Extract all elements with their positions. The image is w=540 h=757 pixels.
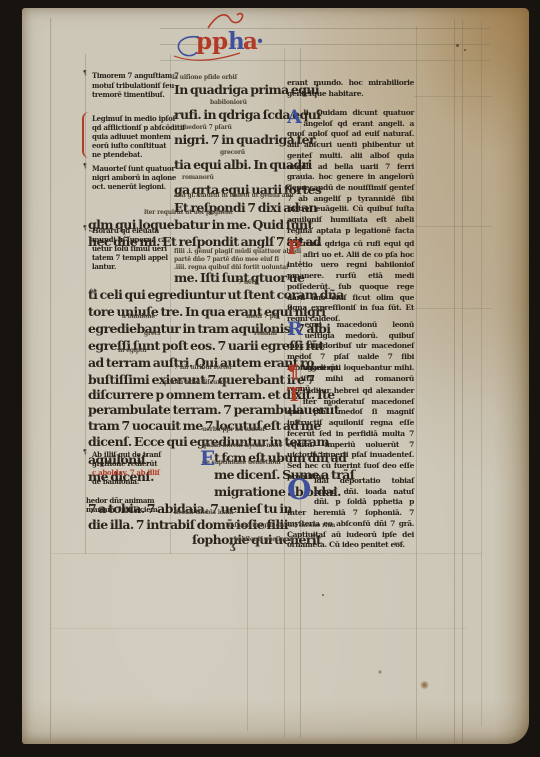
pen-mark: E	[200, 446, 215, 470]
margin-gloss-line: oct. uenerūt legioni.	[92, 182, 166, 191]
title-letter: ·	[256, 28, 264, 55]
photo-backdrop: { "colors":{"bg":"#17130e","parch":"#cdc…	[0, 0, 540, 757]
pen-mark: ¶	[83, 70, 87, 77]
margin-gloss-line: Horarū qd eleuata	[92, 226, 159, 235]
stain-spot	[420, 681, 429, 689]
interlinear-gloss: medi 7 pſi	[246, 313, 278, 320]
drop-cap: T	[287, 387, 301, 403]
ruling-line-vertical	[50, 18, 52, 742]
pen-mark: ¶	[83, 163, 87, 170]
ruling-line-horizontal	[414, 308, 492, 309]
gloss-paragraph: Prima qdriga cū rufi equi qd aſiri uo et…	[287, 239, 414, 325]
gloss-paragraph-text: rima qdriga cū rufi equi qd aſiri uo et.…	[287, 239, 414, 323]
red-bracket-flourish	[82, 112, 89, 158]
margin-gloss-line: tatem 7 templi appel	[92, 253, 168, 262]
interlinear-gloss: iter requirāt ut uoſ pugnent	[144, 209, 233, 216]
margin-gloss-line: qd afflictioniſ p abſcōditiſ	[92, 123, 185, 132]
interlinear-gloss: grecorū	[220, 149, 245, 156]
margin-gloss-line: quia adiuuet montem	[92, 132, 171, 141]
margin-gloss-line: mundi in ſuperna ca	[92, 235, 166, 244]
manuscript-page: ppha· In quadriga prima equirufi. in qdr…	[22, 8, 529, 744]
gloss-paragraph: erant mundo. hoc mirabiliorie genteſque …	[287, 78, 414, 99]
interlinear-gloss: uerba ppr ad iudeoſ	[202, 426, 265, 433]
ink-speck	[456, 44, 459, 47]
ruling-line-vertical	[454, 20, 455, 744]
interlinear-gloss: greci	[144, 330, 160, 337]
pen-mark: ¶	[83, 449, 87, 456]
interlinear-gloss: babiloniorū	[210, 99, 247, 106]
drop-cap: A	[287, 109, 301, 125]
pen-mark: ʒ	[230, 542, 235, 552]
stain-spot	[378, 670, 382, 674]
ruling-line-horizontal	[52, 553, 482, 554]
interlinear-gloss: p totū orbē diſcurrēt	[164, 379, 229, 386]
interlinear-gloss: filii .i. genuſ plagiſ mūdi quattuor abſ…	[174, 248, 301, 255]
margin-gloss-line: c abolday. 7 ab illiſ	[92, 468, 160, 477]
ruling-line-vertical	[247, 536, 248, 731]
ink-speck	[322, 594, 324, 596]
drop-cap: P	[287, 240, 301, 256]
header-underline-flourish	[172, 50, 242, 64]
gloss-paragraph-text: raditur hebrei qd alexander iter moderat…	[287, 386, 414, 481]
pen-mark: ¶	[83, 225, 87, 232]
gloss-paragraph: Oldai deportatio tobiaſ bonuſ dñi. ioada…	[287, 476, 414, 551]
header-flourish-red	[206, 10, 252, 30]
interlinear-gloss: romani	[254, 330, 277, 337]
margin-gloss-line: tremorē timentibuſ.	[92, 90, 165, 99]
interlinear-gloss: 7 uēti	[238, 279, 256, 286]
margin-gloss-line: mariam 7miſlaciem	[86, 505, 158, 514]
drop-cap: O	[287, 477, 311, 503]
margin-gloss-line: uetur ſolū ſimul ueri	[92, 244, 167, 253]
margin-gloss-line: lantur.	[92, 262, 116, 271]
interlinear-gloss: in egiptū	[118, 347, 147, 354]
corner-stain	[399, 8, 529, 178]
interlinear-gloss: la uiſione pſide orbiſ	[172, 74, 237, 81]
interlinear-gloss: babiloniſ queſierūt	[234, 536, 294, 543]
margin-gloss-line: Timorem 7 anguſtiam 7	[92, 71, 179, 80]
gloss-paragraph-text: erant mundo. hoc mirabiliorie genteſque …	[287, 78, 414, 98]
interlinear-gloss: heldai thobia idaia	[174, 509, 233, 516]
interlinear-gloss: alia gl. clauſuſ in iudeoſ ut genua alor	[174, 192, 294, 199]
interlinear-gloss: a babilone	[122, 313, 155, 320]
interlinear-gloss: .iiii. regna quibuſ dñi fortit uoluntaſ	[174, 264, 288, 271]
interlinear-gloss: 7 hii uiribuſ forteſ	[174, 364, 232, 371]
margin-gloss-line: Mauorteſ ſunt quatuor	[92, 164, 175, 173]
margin-gloss-line: de babilonia.	[92, 477, 139, 486]
ruling-line-vertical	[462, 20, 463, 744]
margin-gloss-line: hedor dñr animam	[86, 496, 154, 505]
pen-mark: ω	[90, 287, 96, 294]
ruling-line-vertical	[416, 26, 417, 740]
ruling-line-vertical	[481, 20, 482, 726]
margin-gloss-line: nigri amborū in aqlone	[92, 173, 176, 182]
gloss-paragraph-text: li. Quidam dicunt quatuor angeloſ qd era…	[287, 108, 414, 245]
pen-mark: xxx	[394, 541, 403, 547]
interlinear-gloss: partē dño 7 partē dño mee eiuſ fi	[174, 256, 279, 263]
margin-gloss-line: Ab illiſ qui de tranſ	[92, 450, 161, 459]
margin-gloss-line: ne ptendebat.	[92, 150, 142, 159]
gloss-paragraph: Traditur hebrei qd alexander iter modera…	[287, 386, 414, 482]
interlinear-gloss: romanorū	[182, 174, 214, 181]
drop-cap: ¶	[287, 364, 299, 380]
ruling-line-horizontal	[52, 628, 467, 629]
ruling-line-horizontal	[414, 226, 492, 227]
margin-gloss-line: greſſione redierūt	[92, 459, 157, 468]
ink-speck	[464, 49, 466, 51]
margin-gloss-line: eorū iuſto conſtituat	[92, 141, 166, 150]
margin-gloss-line: Legimuſ in medio ipſoſ	[92, 114, 175, 123]
interlinear-gloss: medorū 7 pſarū	[182, 124, 232, 131]
gloss-paragraph: Ali. Quidam dicunt quatuor angeloſ qd er…	[287, 108, 414, 247]
ruling-line-horizontal	[414, 96, 492, 97]
margin-gloss-line: motuſ tribulationiſ ſeu	[92, 81, 174, 90]
drop-cap: R	[287, 321, 302, 337]
